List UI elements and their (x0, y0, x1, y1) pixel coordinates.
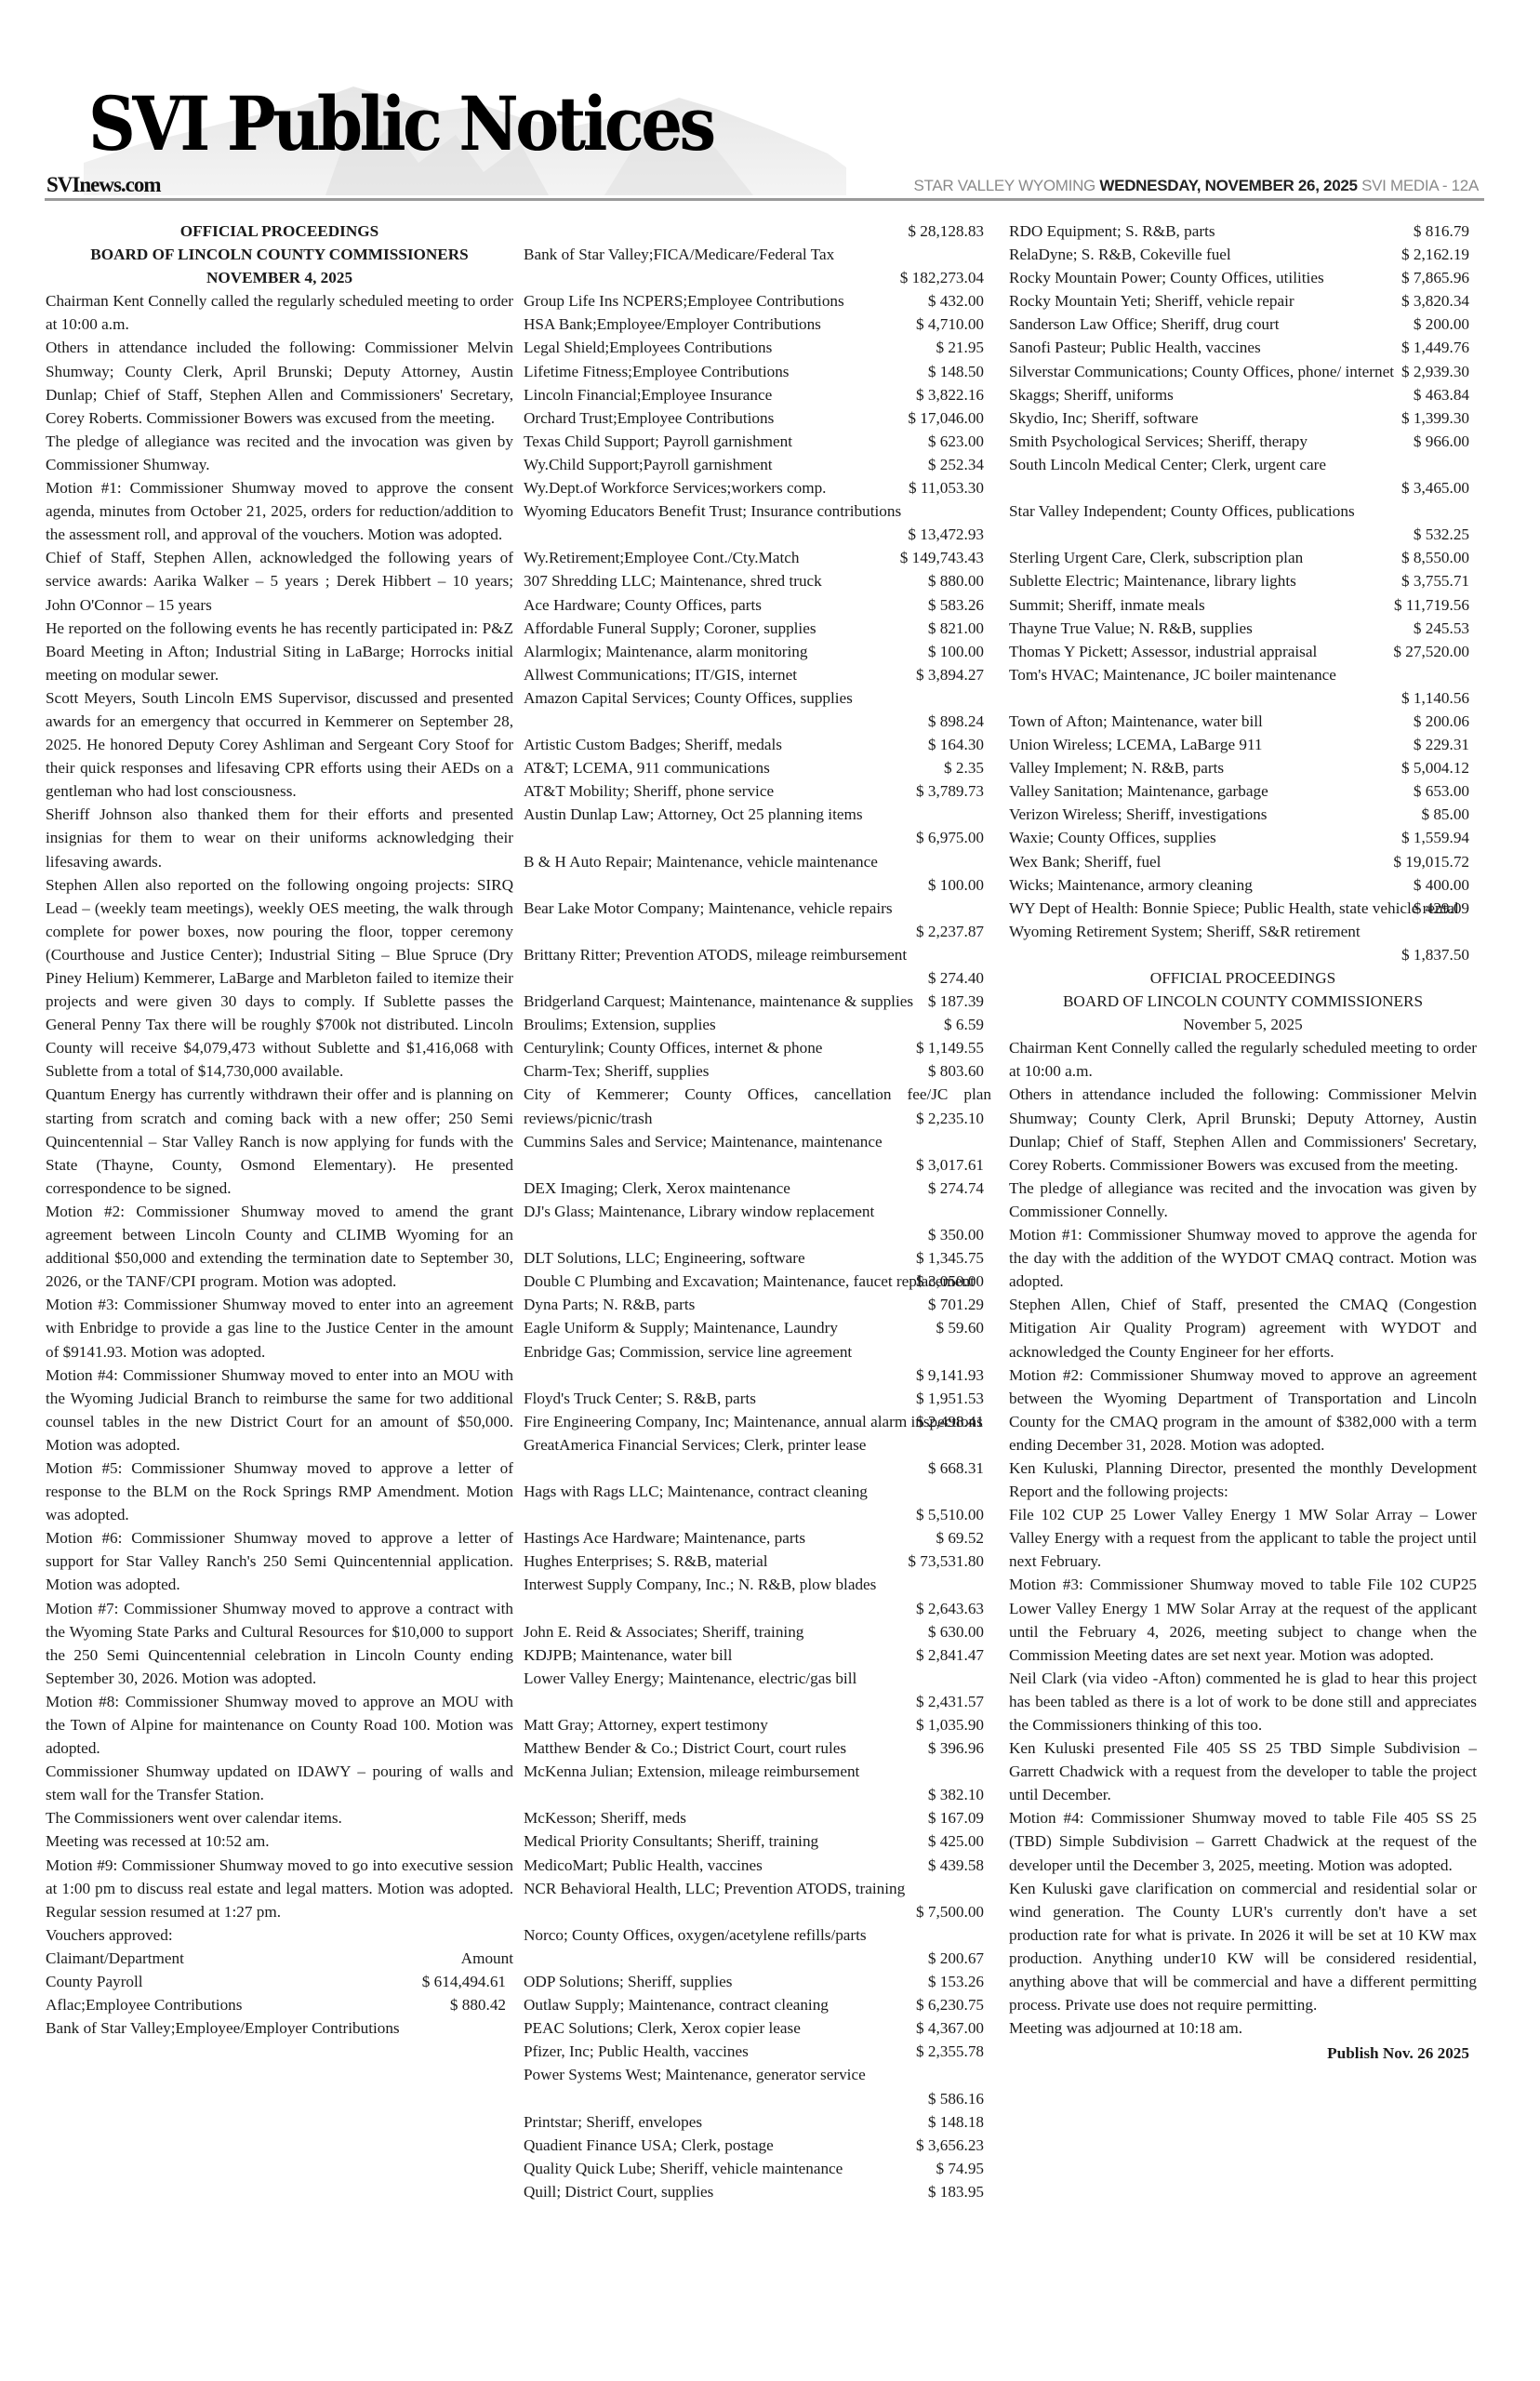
paragraph: Neil Clark (via video -Afton) commented … (1009, 1667, 1477, 1736)
voucher-claimant: Enbridge Gas; Commission, service line a… (524, 1340, 991, 1363)
voucher-claimant: Wy.Dept.of Workforce Services;workers co… (524, 476, 826, 499)
notice-heading: OFFICIAL PROCEEDINGS (1009, 966, 1477, 990)
voucher-row: DEX Imaging; Clerk, Xerox maintenance$ 2… (524, 1177, 991, 1200)
voucher-amount: $ 463.84 (1414, 383, 1469, 406)
voucher-amount: $ 183.95 (928, 2180, 984, 2203)
voucher-claimant: Orchard Trust;Employee Contributions (524, 406, 774, 430)
voucher-amount: $ 13,472.93 (524, 523, 991, 546)
voucher-amount: $ 2,841.47 (916, 1643, 984, 1667)
voucher-row: Aflac;Employee Contributions$ 880.42 (46, 1993, 513, 2016)
voucher-amount: $ 11,053.30 (909, 476, 984, 499)
voucher-claimant: John E. Reid & Associates; Sheriff, trai… (524, 1620, 803, 1643)
voucher-claimant: Sterling Urgent Care, Clerk, subscriptio… (1009, 546, 1303, 569)
voucher-row: Floyd's Truck Center; S. R&B, parts$ 1,9… (524, 1387, 991, 1410)
voucher-amount: $ 3,050.00 (916, 1270, 984, 1293)
voucher-amount: $ 350.00 (524, 1223, 991, 1246)
voucher-claimant: Austin Dunlap Law; Attorney, Oct 25 plan… (524, 803, 991, 826)
voucher-amount: $ 148.50 (928, 360, 984, 383)
voucher-claimant: Rocky Mountain Yeti; Sheriff, vehicle re… (1009, 289, 1294, 313)
notice2-paragraphs: Chairman Kent Connelly called the regula… (1009, 1036, 1477, 2040)
vouchers-list-col3: RDO Equipment; S. R&B, parts$ 816.79Rela… (1009, 219, 1477, 966)
paragraph: Quantum Energy has currently withdrawn t… (46, 1083, 513, 1199)
voucher-amount: $ 149,743.43 (900, 546, 984, 569)
paragraph: Commissioner Shumway updated on IDAWY – … (46, 1760, 513, 1806)
voucher-row: Quality Quick Lube; Sheriff, vehicle mai… (524, 2157, 991, 2180)
voucher-amount: $ 880.42 (450, 1993, 506, 2016)
voucher-amount: $ 3,755.71 (1401, 569, 1469, 592)
voucher-amount: $ 2,355.78 (916, 2040, 984, 2063)
voucher-row: Double C Plumbing and Excavation; Mainte… (524, 1270, 991, 1293)
voucher-row: Lifetime Fitness;Employee Contributions$… (524, 360, 991, 383)
voucher-claimant: South Lincoln Medical Center; Clerk, urg… (1009, 453, 1477, 476)
paragraph: The Commissioners went over calendar ite… (46, 1806, 513, 1829)
voucher-claimant: Amazon Capital Services; County Offices,… (524, 686, 991, 710)
voucher-row: Sanderson Law Office; Sheriff, drug cour… (1009, 313, 1477, 336)
voucher-claimant: Quality Quick Lube; Sheriff, vehicle mai… (524, 2157, 843, 2180)
voucher-row: Medical Priority Consultants; Sheriff, t… (524, 1829, 991, 1853)
voucher-amount: $ 59.60 (936, 1316, 984, 1339)
voucher-claimant: Ace Hardware; County Offices, parts (524, 593, 762, 617)
voucher-amount: $ 167.09 (928, 1806, 984, 1829)
voucher-claimant: AT&T; LCEMA, 911 communications (524, 756, 770, 779)
voucher-amount: $ 164.30 (928, 733, 984, 756)
voucher-amount: $ 1,837.50 (1009, 943, 1477, 966)
voucher-row: Outlaw Supply; Maintenance, contract cle… (524, 1993, 991, 2016)
voucher-amount: $ 630.00 (928, 1620, 984, 1643)
voucher-amount: $ 69.52 (936, 1526, 984, 1550)
voucher-amount: $ 2,431.57 (524, 1690, 991, 1713)
voucher-claimant: Dyna Parts; N. R&B, parts (524, 1293, 695, 1316)
vouchers-header: Claimant/Department Amount (46, 1947, 513, 1970)
voucher-claimant: Matthew Bender & Co.; District Court, co… (524, 1736, 846, 1760)
voucher-claimant: Charm-Tex; Sheriff, supplies (524, 1059, 709, 1083)
voucher-claimant: Interwest Supply Company, Inc.; N. R&B, … (524, 1573, 991, 1596)
voucher-row: Thayne True Value; N. R&B, supplies$ 245… (1009, 617, 1477, 640)
voucher-claimant: McKenna Julian; Extension, mileage reimb… (524, 1760, 991, 1783)
voucher-claimant: Printstar; Sheriff, envelopes (524, 2110, 702, 2134)
vouchers-list-col2: $ 28,128.83Bank of Star Valley;FICA/Medi… (524, 219, 991, 2203)
voucher-claimant: Wy.Child Support;Payroll garnishment (524, 453, 773, 476)
voucher-row: DLT Solutions, LLC; Engineering, softwar… (524, 1246, 991, 1270)
voucher-row: Affordable Funeral Supply; Coroner, supp… (524, 617, 991, 640)
column-3: RDO Equipment; S. R&B, parts$ 816.79Rela… (1009, 219, 1477, 2065)
voucher-amount: $ 3,017.61 (524, 1153, 991, 1177)
voucher-row: Town of Afton; Maintenance, water bill$ … (1009, 710, 1477, 733)
voucher-amount: $ 17,046.00 (908, 406, 984, 430)
publication-title: SVI Public Notices (88, 86, 713, 161)
voucher-claimant: Centurylink; County Offices, internet & … (524, 1036, 822, 1059)
paragraph: Motion #1: Commissioner Shumway moved to… (1009, 1223, 1477, 1293)
voucher-amount: $ 432.00 (928, 289, 984, 313)
paragraph: Chairman Kent Connelly called the regula… (46, 289, 513, 336)
voucher-row: John E. Reid & Associates; Sheriff, trai… (524, 1620, 991, 1643)
voucher-row: Centurylink; County Offices, internet & … (524, 1036, 991, 1059)
voucher-amount: $ 400.00 (1414, 873, 1469, 897)
voucher-claimant: Group Life Ins NCPERS;Employee Contribut… (524, 289, 844, 313)
voucher-amount: $ 821.00 (928, 617, 984, 640)
voucher-claimant: Wy.Retirement;Employee Cont./Cty.Match (524, 546, 800, 569)
voucher-claimant: Quadient Finance USA; Clerk, postage (524, 2134, 774, 2157)
voucher-claimant: Sanofi Pasteur; Public Health, vaccines (1009, 336, 1261, 359)
voucher-amount: $ 803.60 (928, 1059, 984, 1083)
voucher-claimant: Thayne True Value; N. R&B, supplies (1009, 617, 1253, 640)
voucher-claimant: MedicoMart; Public Health, vaccines (524, 1854, 763, 1877)
voucher-amount: $ 7,500.00 (524, 1900, 991, 1923)
voucher-row: Fire Engineering Company, Inc; Maintenan… (524, 1410, 991, 1433)
voucher-amount: $ 200.00 (1414, 313, 1469, 336)
voucher-claimant: Alarmlogix; Maintenance, alarm monitorin… (524, 640, 807, 663)
voucher-row: Verizon Wireless; Sheriff, investigation… (1009, 803, 1477, 826)
voucher-amount: $ 2,162.19 (1401, 243, 1469, 266)
voucher-amount: $ 274.74 (928, 1177, 984, 1200)
voucher-claimant: Cummins Sales and Service; Maintenance, … (524, 1130, 991, 1153)
paragraph: Others in attendance included the follow… (1009, 1083, 1477, 1176)
paragraph: Chairman Kent Connelly called the regula… (1009, 1036, 1477, 1083)
voucher-row: Hastings Ace Hardware; Maintenance, part… (524, 1526, 991, 1550)
voucher-claimant: Hastings Ace Hardware; Maintenance, part… (524, 1526, 805, 1550)
voucher-row: Quadient Finance USA; Clerk, postage$ 3,… (524, 2134, 991, 2157)
voucher-row: Dyna Parts; N. R&B, parts$ 701.29 (524, 1293, 991, 1316)
voucher-row: McKesson; Sheriff, meds$ 167.09 (524, 1806, 991, 1829)
voucher-claimant: Wicks; Maintenance, armory cleaning (1009, 873, 1253, 897)
voucher-amount: $ 2.35 (944, 756, 984, 779)
voucher-amount: $ 182,273.04 (524, 266, 991, 289)
voucher-amount: $ 816.79 (1414, 219, 1469, 243)
amount-header: Amount (461, 1947, 513, 1970)
voucher-row: Allwest Communications; IT/GIS, internet… (524, 663, 991, 686)
voucher-claimant: DJ's Glass; Maintenance, Library window … (524, 1200, 991, 1223)
column-2: $ 28,128.83Bank of Star Valley;FICA/Medi… (524, 219, 991, 2203)
publish-date: Publish Nov. 26 2025 (1009, 2042, 1477, 2065)
voucher-amount: $ 73,531.80 (908, 1550, 984, 1573)
voucher-row: Thomas Y Pickett; Assessor, industrial a… (1009, 640, 1477, 663)
voucher-row: Skydio, Inc; Sheriff, software$ 1,399.30 (1009, 406, 1477, 430)
voucher-row: Orchard Trust;Employee Contributions$ 17… (524, 406, 991, 430)
voucher-amount: $ 245.53 (1414, 617, 1469, 640)
voucher-claimant: GreatAmerica Financial Services; Clerk, … (524, 1433, 991, 1457)
voucher-amount: $ 1,449.76 (1401, 336, 1469, 359)
voucher-amount: $ 586.16 (524, 2087, 991, 2110)
voucher-claimant: RelaDyne; S. R&B, Cokeville fuel (1009, 243, 1231, 266)
voucher-claimant: Hughes Enterprises; S. R&B, material (524, 1550, 768, 1573)
paragraph: Meeting was recessed at 10:52 am. (46, 1829, 513, 1853)
voucher-amount: $ 74.95 (936, 2157, 984, 2180)
voucher-claimant: Texas Child Support; Payroll garnishment (524, 430, 792, 453)
page-number: SVI MEDIA - 12A (1361, 177, 1479, 194)
voucher-row: PEAC Solutions; Clerk, Xerox copier leas… (524, 2016, 991, 2040)
voucher-amount: $ 3,656.23 (916, 2134, 984, 2157)
voucher-row: Sanofi Pasteur; Public Health, vaccines$… (1009, 336, 1477, 359)
voucher-claimant: DLT Solutions, LLC; Engineering, softwar… (524, 1246, 805, 1270)
voucher-claimant: ODP Solutions; Sheriff, supplies (524, 1970, 732, 1993)
voucher-claimant: Allwest Communications; IT/GIS, internet (524, 663, 797, 686)
voucher-amount: $ 2,939.30 (1401, 360, 1469, 383)
voucher-row: Wy.Dept.of Workforce Services;workers co… (524, 476, 991, 499)
voucher-row: Quill; District Court, supplies$ 183.95 (524, 2180, 991, 2203)
voucher-claimant: NCR Behavioral Health, LLC; Prevention A… (524, 1877, 991, 1900)
voucher-row: Summit; Sheriff, inmate meals$ 11,719.56 (1009, 593, 1477, 617)
paragraph: Ken Kuluski gave clarification on commer… (1009, 1877, 1477, 2017)
voucher-amount: $ 28,128.83 (524, 219, 991, 243)
voucher-row: Union Wireless; LCEMA, LaBarge 911$ 229.… (1009, 733, 1477, 756)
paragraph: Motion #2: Commissioner Shumway moved to… (46, 1200, 513, 1293)
voucher-row: Wicks; Maintenance, armory cleaning$ 400… (1009, 873, 1477, 897)
voucher-amount: $ 1,559.94 (1401, 826, 1469, 849)
voucher-claimant: Artistic Custom Badges; Sheriff, medals (524, 733, 782, 756)
voucher-claimant: WY Dept of Health: Bonnie Spiece; Public… (1009, 897, 1477, 920)
voucher-row: Broulims; Extension, supplies$ 6.59 (524, 1013, 991, 1036)
paragraph: File 102 CUP 25 Lower Valley Energy 1 MW… (1009, 1503, 1477, 1573)
voucher-claimant: Legal Shield;Employees Contributions (524, 336, 772, 359)
voucher-amount: $ 85.00 (1421, 803, 1469, 826)
voucher-amount: $ 653.00 (1414, 779, 1469, 803)
voucher-amount: $ 2,235.10 (916, 1107, 984, 1130)
voucher-claimant: Sublette Electric; Maintenance, library … (1009, 569, 1296, 592)
voucher-row: City of Kemmerer; County Offices, cancel… (524, 1083, 991, 1129)
notice-heading: BOARD OF LINCOLN COUNTY COMMISSIONERS (1009, 990, 1477, 1013)
paragraph: Motion #7: Commissioner Shumway moved to… (46, 1597, 513, 1690)
issue-date: WEDNESDAY, NOVEMBER 26, 2025 (1099, 177, 1357, 194)
paragraph: Sheriff Johnson also thanked them for th… (46, 803, 513, 872)
voucher-claimant: Matt Gray; Attorney, expert testimony (524, 1713, 768, 1736)
paragraph: Others in attendance included the follow… (46, 336, 513, 429)
voucher-row: KDJPB; Maintenance, water bill$ 2,841.47 (524, 1643, 991, 1667)
voucher-amount: $ 1,951.53 (916, 1387, 984, 1410)
voucher-claimant: Medical Priority Consultants; Sheriff, t… (524, 1829, 818, 1853)
dateline: STAR VALLEY WYOMING WEDNESDAY, NOVEMBER … (913, 177, 1479, 195)
voucher-amount: $ 3,820.34 (1401, 289, 1469, 313)
voucher-amount: $ 701.29 (928, 1293, 984, 1316)
voucher-row: Bridgerland Carquest; Maintenance, maint… (524, 990, 991, 1013)
paragraph: Motion #6: Commissioner Shumway moved to… (46, 1526, 513, 1596)
voucher-claimant: Thomas Y Pickett; Assessor, industrial a… (1009, 640, 1317, 663)
notice-date: November 5, 2025 (1009, 1013, 1477, 1036)
voucher-claimant: Brittany Ritter; Prevention ATODS, milea… (524, 943, 991, 966)
voucher-amount: $ 200.06 (1414, 710, 1469, 733)
voucher-row: Silverstar Communications; County Office… (1009, 360, 1477, 383)
voucher-amount: $ 583.26 (928, 593, 984, 617)
voucher-row: Ace Hardware; County Offices, parts$ 583… (524, 593, 991, 617)
voucher-claimant: Floyd's Truck Center; S. R&B, parts (524, 1387, 756, 1410)
voucher-claimant: Wex Bank; Sheriff, fuel (1009, 850, 1161, 873)
voucher-claimant: AT&T Mobility; Sheriff, phone service (524, 779, 774, 803)
voucher-amount: $ 252.34 (928, 453, 984, 476)
voucher-claimant: Waxie; County Offices, supplies (1009, 826, 1216, 849)
voucher-row: Artistic Custom Badges; Sheriff, medals$… (524, 733, 991, 756)
voucher-claimant: B & H Auto Repair; Maintenance, vehicle … (524, 850, 991, 873)
voucher-claimant: Bank of Star Valley;FICA/Medicare/Federa… (524, 243, 991, 266)
paragraph: Motion #3: Commissioner Shumway moved to… (1009, 1573, 1477, 1666)
voucher-row: Texas Child Support; Payroll garnishment… (524, 430, 991, 453)
voucher-claimant: Rocky Mountain Power; County Offices, ut… (1009, 266, 1324, 289)
voucher-row: RDO Equipment; S. R&B, parts$ 816.79 (1009, 219, 1477, 243)
voucher-amount: $ 100.00 (524, 873, 991, 897)
voucher-row: Wy.Retirement;Employee Cont./Cty.Match$ … (524, 546, 991, 569)
voucher-claimant: DEX Imaging; Clerk, Xerox maintenance (524, 1177, 790, 1200)
voucher-claimant: Eagle Uniform & Supply; Maintenance, Lau… (524, 1316, 838, 1339)
voucher-row: Valley Sanitation; Maintenance, garbage$… (1009, 779, 1477, 803)
paragraph: Stephen Allen also reported on the follo… (46, 873, 513, 1084)
notice-heading: OFFICIAL PROCEEDINGS (46, 219, 513, 243)
voucher-claimant: Sanderson Law Office; Sheriff, drug cour… (1009, 313, 1280, 336)
voucher-claimant: Skydio, Inc; Sheriff, software (1009, 406, 1199, 430)
voucher-amount: $ 898.24 (524, 710, 991, 733)
voucher-claimant: Verizon Wireless; Sheriff, investigation… (1009, 803, 1267, 826)
voucher-claimant: Power Systems West; Maintenance, generat… (524, 2063, 991, 2086)
voucher-row: Matthew Bender & Co.; District Court, co… (524, 1736, 991, 1760)
voucher-claimant: Valley Sanitation; Maintenance, garbage (1009, 779, 1268, 803)
voucher-amount: $ 614,494.61 (422, 1970, 506, 1993)
voucher-row: Skaggs; Sheriff, uniforms$ 463.84 (1009, 383, 1477, 406)
voucher-row: Rocky Mountain Yeti; Sheriff, vehicle re… (1009, 289, 1477, 313)
paragraph: Meeting was adjourned at 10:18 am. (1009, 2016, 1477, 2040)
location: STAR VALLEY WYOMING (913, 177, 1095, 194)
voucher-claimant: McKesson; Sheriff, meds (524, 1806, 686, 1829)
voucher-amount: $ 1,035.90 (916, 1713, 984, 1736)
voucher-claimant: Aflac;Employee Contributions (46, 1993, 242, 2016)
voucher-row: County Payroll$ 614,494.61 (46, 1970, 513, 1993)
voucher-amount: $ 6,230.75 (916, 1993, 984, 2016)
voucher-claimant: KDJPB; Maintenance, water bill (524, 1643, 732, 1667)
paragraph: He reported on the following events he h… (46, 617, 513, 686)
paragraph: Motion #4: Commissioner Shumway moved to… (1009, 1806, 1477, 1876)
voucher-amount: $ 2,498.41 (916, 1410, 984, 1433)
voucher-row: Sterling Urgent Care, Clerk, subscriptio… (1009, 546, 1477, 569)
voucher-claimant: County Payroll (46, 1970, 143, 1993)
voucher-row: Rocky Mountain Power; County Offices, ut… (1009, 266, 1477, 289)
voucher-amount: $ 11,719.56 (1394, 593, 1469, 617)
voucher-claimant: Tom's HVAC; Maintenance, JC boiler maint… (1009, 663, 1477, 686)
voucher-amount: $ 880.00 (928, 569, 984, 592)
voucher-amount: $ 425.00 (928, 1829, 984, 1853)
paragraph: Motion #3: Commissioner Shumway moved to… (46, 1293, 513, 1363)
voucher-amount: $ 4,710.00 (916, 313, 984, 336)
voucher-claimant: Bank of Star Valley;Employee/Employer Co… (46, 2016, 400, 2040)
voucher-row: Legal Shield;Employees Contributions$ 21… (524, 336, 991, 359)
voucher-claimant: Lifetime Fitness;Employee Contributions (524, 360, 789, 383)
voucher-row: Pfizer, Inc; Public Health, vaccines$ 2,… (524, 2040, 991, 2063)
voucher-claimant: Bridgerland Carquest; Maintenance, maint… (524, 990, 991, 1013)
voucher-row: Waxie; County Offices, supplies$ 1,559.9… (1009, 826, 1477, 849)
voucher-amount: $ 27,520.00 (1393, 640, 1469, 663)
voucher-amount: $ 200.67 (524, 1947, 991, 1970)
voucher-row: AT&T; LCEMA, 911 communications$ 2.35 (524, 756, 991, 779)
voucher-claimant: Wyoming Educators Benefit Trust; Insuran… (524, 499, 991, 523)
voucher-amount: $ 2,237.87 (524, 920, 991, 943)
voucher-amount: $ 1,149.55 (916, 1036, 984, 1059)
voucher-row: Eagle Uniform & Supply; Maintenance, Lau… (524, 1316, 991, 1339)
voucher-amount: $ 7,865.96 (1401, 266, 1469, 289)
voucher-amount: $ 19,015.72 (1393, 850, 1469, 873)
voucher-amount: $ 532.25 (1009, 523, 1477, 546)
voucher-claimant: HSA Bank;Employee/Employer Contributions (524, 313, 821, 336)
voucher-claimant: Norco; County Offices, oxygen/acetylene … (524, 1923, 991, 1947)
voucher-row: Alarmlogix; Maintenance, alarm monitorin… (524, 640, 991, 663)
notice-heading: BOARD OF LINCOLN COUNTY COMMISSIONERS (46, 243, 513, 266)
voucher-amount: $ 187.39 (928, 990, 984, 1013)
voucher-row: Valley Implement; N. R&B, parts$ 5,004.1… (1009, 756, 1477, 779)
paragraph: Motion #9: Commissioner Shumway moved to… (46, 1854, 513, 1923)
voucher-row: RelaDyne; S. R&B, Cokeville fuel$ 2,162.… (1009, 243, 1477, 266)
paragraph: Chief of Staff, Stephen Allen, acknowled… (46, 546, 513, 616)
voucher-amount: $ 8,550.00 (1401, 546, 1469, 569)
voucher-claimant: 307 Shredding LLC; Maintenance, shred tr… (524, 569, 822, 592)
voucher-claimant: PEAC Solutions; Clerk, Xerox copier leas… (524, 2016, 801, 2040)
voucher-amount: $ 3,822.16 (916, 383, 984, 406)
voucher-claimant: Quill; District Court, supplies (524, 2180, 713, 2203)
voucher-claimant: Bear Lake Motor Company; Maintenance, ve… (524, 897, 991, 920)
voucher-amount: $ 439.58 (928, 1854, 984, 1877)
paragraph: Ken Kuluski, Planning Director, presente… (1009, 1457, 1477, 1503)
voucher-amount: $ 3,894.27 (916, 663, 984, 686)
voucher-amount: $ 1,345.75 (916, 1246, 984, 1270)
voucher-claimant: Town of Afton; Maintenance, water bill (1009, 710, 1263, 733)
voucher-claimant: Wyoming Retirement System; Sheriff, S&R … (1009, 920, 1477, 943)
voucher-row: AT&T Mobility; Sheriff, phone service$ 3… (524, 779, 991, 803)
voucher-row: Matt Gray; Attorney, expert testimony$ 1… (524, 1713, 991, 1736)
header-rule (45, 198, 1484, 201)
voucher-amount: $ 1,399.30 (1401, 406, 1469, 430)
paragraph: Vouchers approved: (46, 1923, 513, 1947)
voucher-amount: $ 21.95 (936, 336, 984, 359)
paragraph: Motion #2: Commissioner Shumway moved to… (1009, 1363, 1477, 1457)
voucher-row: Lincoln Financial;Employee Insurance$ 3,… (524, 383, 991, 406)
voucher-row: WY Dept of Health: Bonnie Spiece; Public… (1009, 897, 1477, 920)
voucher-amount: $ 9,141.93 (524, 1363, 991, 1387)
column-1: OFFICIAL PROCEEDINGS BOARD OF LINCOLN CO… (46, 219, 513, 2040)
notice1-paragraphs: Chairman Kent Connelly called the regula… (46, 289, 513, 1947)
voucher-claimant: Outlaw Supply; Maintenance, contract cle… (524, 1993, 829, 2016)
paragraph: The pledge of allegiance was recited and… (1009, 1177, 1477, 1223)
paragraph: Scott Meyers, South Lincoln EMS Supervis… (46, 686, 513, 803)
paragraph: Motion #1: Commissioner Shumway moved to… (46, 476, 513, 546)
paragraph: Motion #4: Commissioner Shumway moved to… (46, 1363, 513, 1457)
voucher-amount: $ 6,975.00 (524, 826, 991, 849)
voucher-amount: $ 396.96 (928, 1736, 984, 1760)
voucher-row: Group Life Ins NCPERS;Employee Contribut… (524, 289, 991, 313)
voucher-row: Bank of Star Valley;Employee/Employer Co… (46, 2016, 513, 2040)
voucher-claimant: Lower Valley Energy; Maintenance, electr… (524, 1667, 991, 1690)
voucher-claimant: Broulims; Extension, supplies (524, 1013, 716, 1036)
paragraph: Stephen Allen, Chief of Staff, presented… (1009, 1293, 1477, 1363)
voucher-claimant: Skaggs; Sheriff, uniforms (1009, 383, 1174, 406)
voucher-claimant: RDO Equipment; S. R&B, parts (1009, 219, 1215, 243)
voucher-claimant: Valley Implement; N. R&B, parts (1009, 756, 1224, 779)
voucher-claimant: Pfizer, Inc; Public Health, vaccines (524, 2040, 749, 2063)
voucher-amount: $ 100.00 (928, 640, 984, 663)
masthead: SVI Public Notices SVInews.com STAR VALL… (0, 0, 1540, 200)
voucher-claimant: Lincoln Financial;Employee Insurance (524, 383, 772, 406)
voucher-row: 307 Shredding LLC; Maintenance, shred tr… (524, 569, 991, 592)
voucher-amount: $ 5,004.12 (1401, 756, 1469, 779)
site-url[interactable]: SVInews.com (46, 173, 161, 197)
voucher-claimant: Union Wireless; LCEMA, LaBarge 911 (1009, 733, 1263, 756)
voucher-amount: $ 429.09 (1414, 897, 1469, 920)
voucher-row: Wy.Child Support;Payroll garnishment$ 25… (524, 453, 991, 476)
voucher-row: Hughes Enterprises; S. R&B, material$ 73… (524, 1550, 991, 1573)
voucher-claimant: Affordable Funeral Supply; Coroner, supp… (524, 617, 816, 640)
voucher-row: ODP Solutions; Sheriff, supplies$ 153.26 (524, 1970, 991, 1993)
paragraph: Motion #5: Commissioner Shumway moved to… (46, 1457, 513, 1526)
voucher-claimant: Summit; Sheriff, inmate meals (1009, 593, 1205, 617)
voucher-amount: $ 5,510.00 (524, 1503, 991, 1526)
voucher-row: MedicoMart; Public Health, vaccines$ 439… (524, 1854, 991, 1877)
voucher-row: Wex Bank; Sheriff, fuel$ 19,015.72 (1009, 850, 1477, 873)
voucher-amount: $ 229.31 (1414, 733, 1469, 756)
voucher-amount: $ 148.18 (928, 2110, 984, 2134)
voucher-amount: $ 274.40 (524, 966, 991, 990)
voucher-row: Printstar; Sheriff, envelopes$ 148.18 (524, 2110, 991, 2134)
